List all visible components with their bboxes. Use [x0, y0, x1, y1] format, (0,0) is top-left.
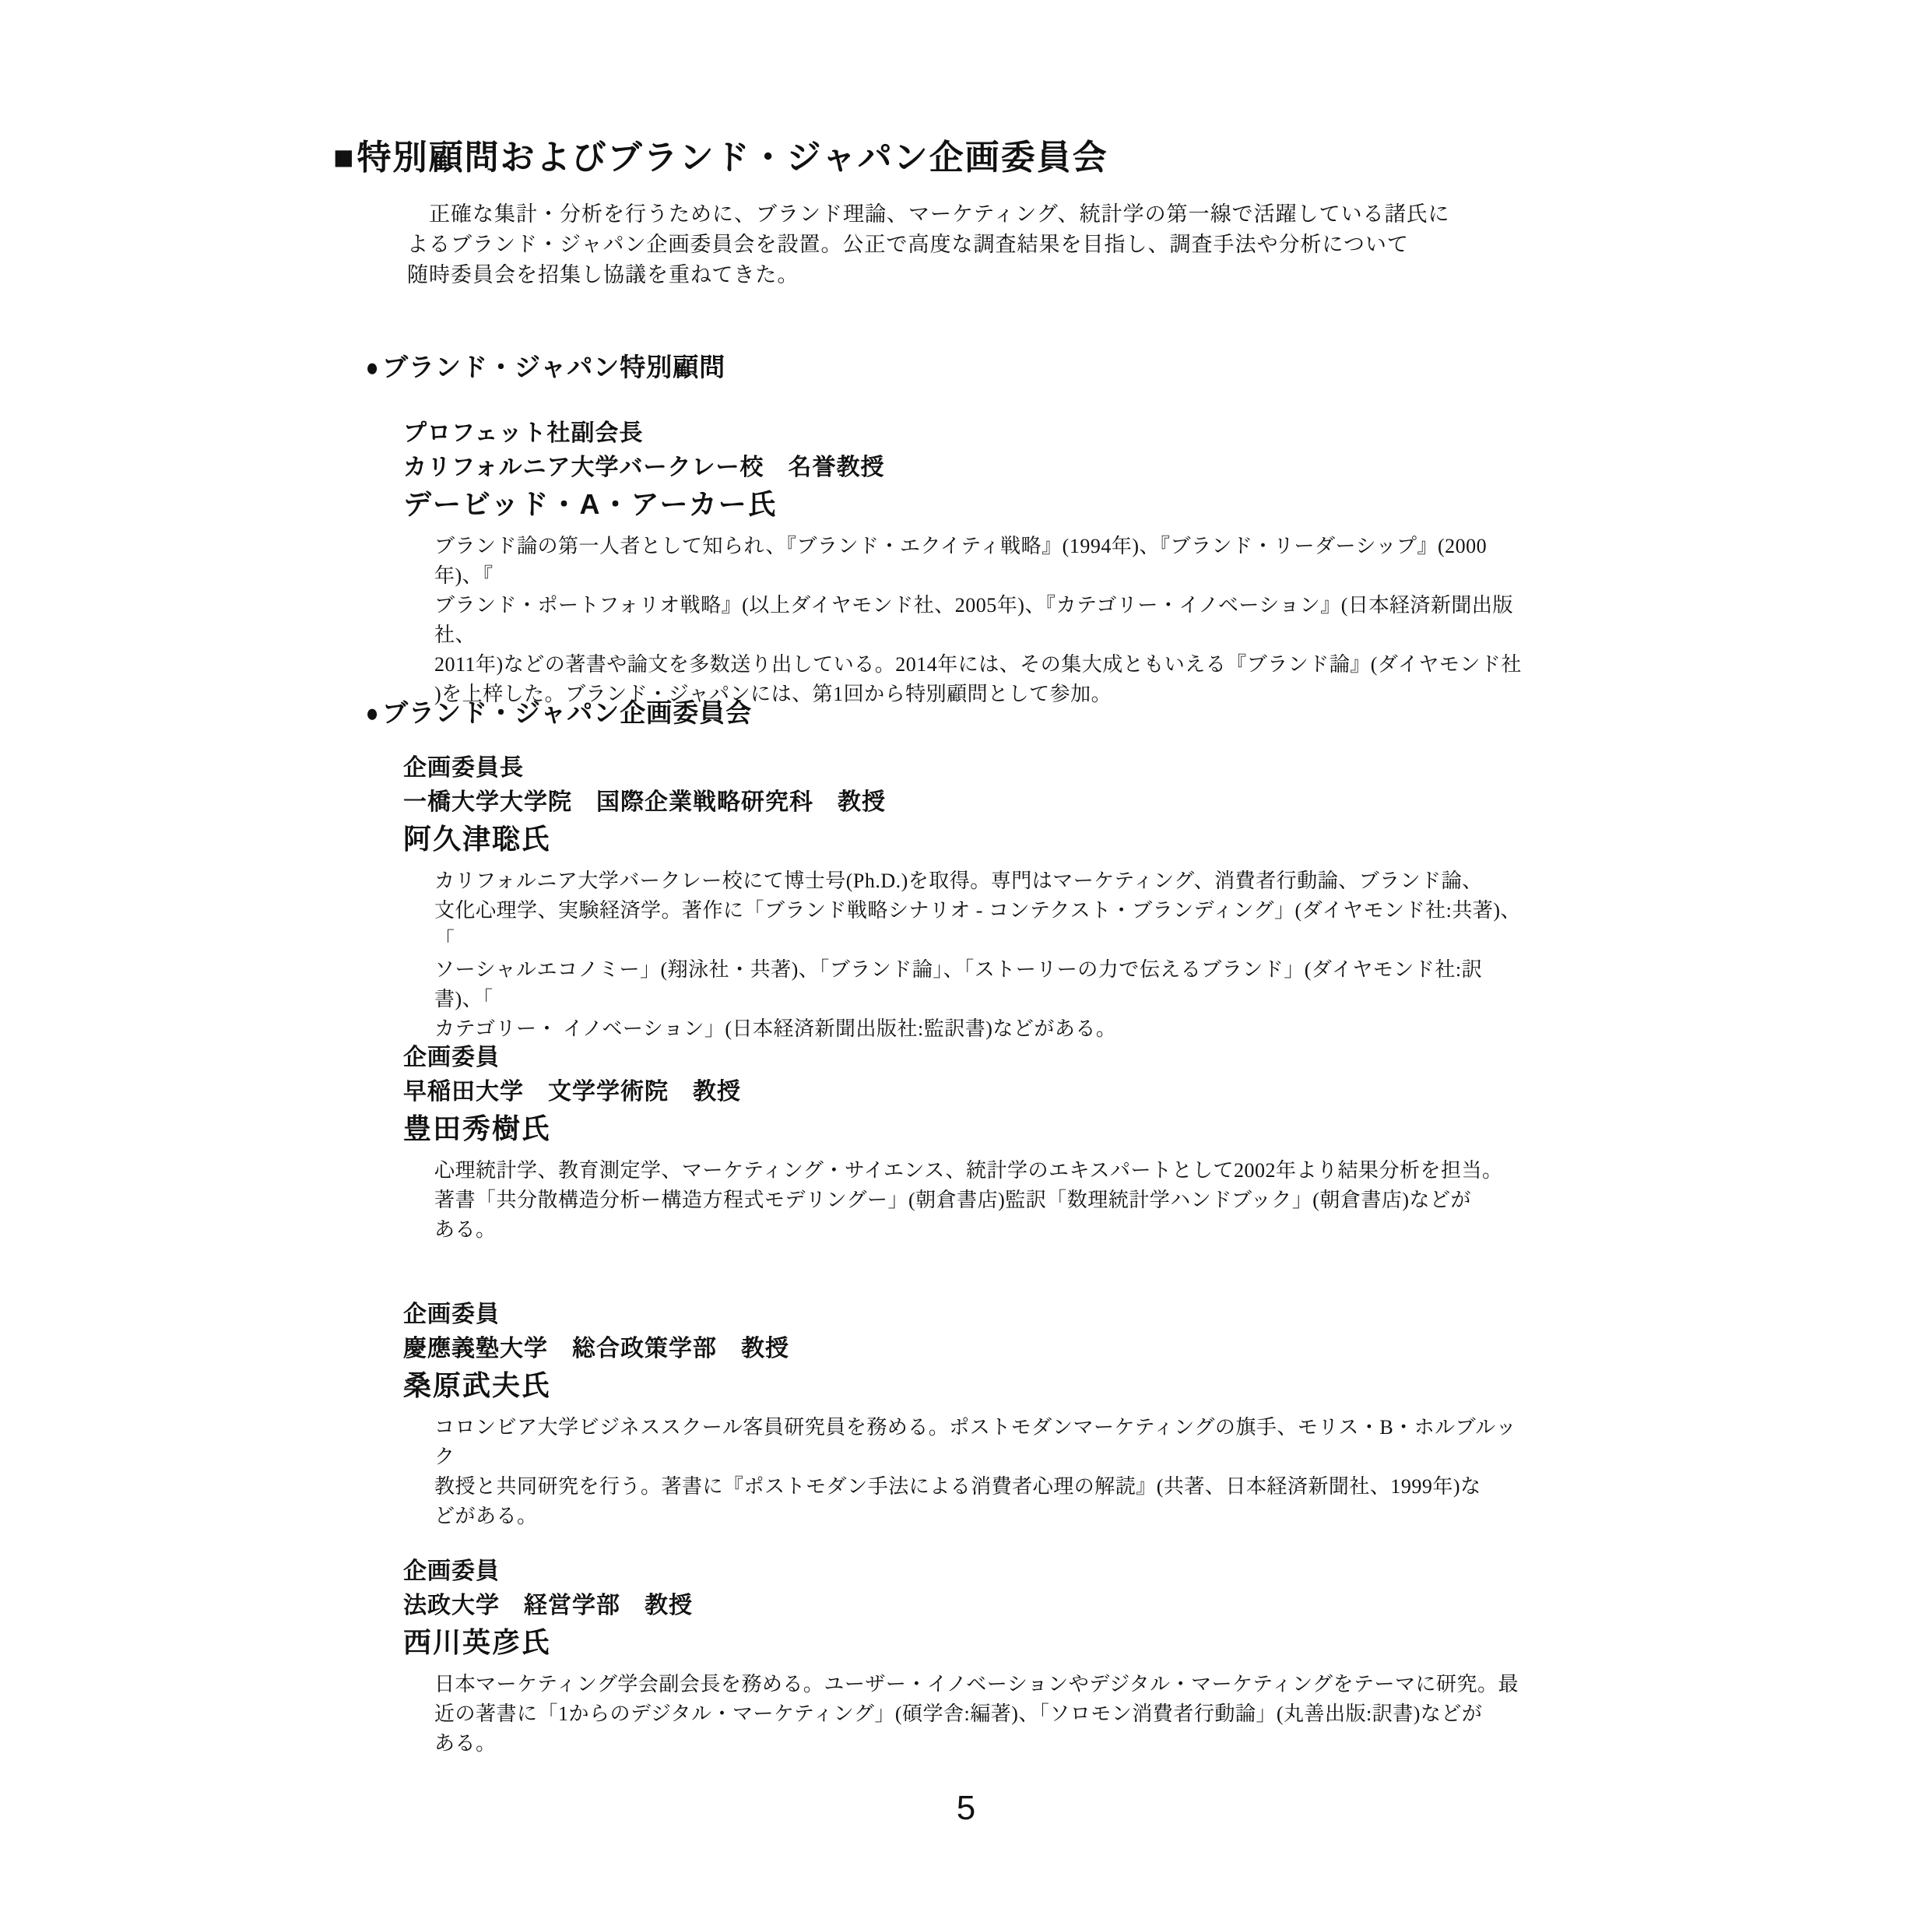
member-name: 桑原武夫氏 — [403, 1368, 1524, 1404]
member-name: デービッド・A・アーカー氏 — [403, 487, 1524, 522]
section-heading-special-advisor: ●ブランド・ジャパン特別顧問 — [364, 352, 725, 383]
member-roles: 企画委員 慶應義塾大学 総合政策学部 教授 — [403, 1298, 1524, 1366]
member-block-toyoda: 企画委員 早稲田大学 文学学術院 教授 豊田秀樹氏 心理統計学、教育測定学、マー… — [403, 1041, 1524, 1245]
circle-bullet-icon: ● — [366, 352, 380, 383]
circle-bullet-icon: ● — [366, 697, 380, 729]
member-roles: プロフェット社副会長 カリフォルニア大学バークレー校 名誉教授 — [403, 416, 1524, 485]
member-name: 豊田秀樹氏 — [403, 1111, 1524, 1147]
page-title: ■特別顧問およびブランド・ジャパン企画委員会 — [333, 139, 1108, 177]
section-heading-planning-committee: ●ブランド・ジャパン企画委員会 — [364, 697, 752, 729]
member-block-nishikawa: 企画委員 法政大学 経営学部 教授 西川英彦氏 日本マーケティング学会副会長を務… — [403, 1555, 1524, 1759]
member-block-aaker: プロフェット社副会長 カリフォルニア大学バークレー校 名誉教授 デービッド・A・… — [403, 416, 1524, 709]
page-number: 5 — [0, 1789, 1932, 1828]
member-bio: 心理統計学、教育測定学、マーケティング・サイエンス、統計学のエキスパートとして2… — [434, 1156, 1524, 1245]
member-bio: ブランド論の第一人者として知られ、『ブランド・エクイティ戦略』(1994年)、『… — [434, 532, 1524, 709]
member-roles: 企画委員 早稲田大学 文学学術院 教授 — [403, 1041, 1524, 1109]
intro-paragraph: 正確な集計・分析を行うために、ブランド理論、マーケティング、統計学の第一線で活躍… — [407, 199, 1512, 290]
document-page: ■特別顧問およびブランド・ジャパン企画委員会 正確な集計・分析を行うために、ブラ… — [0, 0, 1932, 1929]
member-bio: 日本マーケティング学会副会長を務める。ユーザー・イノベーションやデジタル・マーケ… — [434, 1670, 1524, 1759]
section-heading-text: ブランド・ジャパン特別顧問 — [382, 353, 725, 381]
member-name: 阿久津聡氏 — [403, 821, 1524, 857]
member-bio: コロンビア大学ビジネススクール客員研究員を務める。ポストモダンマーケティングの旗… — [434, 1413, 1524, 1531]
page-title-text: 特別顧問およびブランド・ジャパン企画委員会 — [357, 139, 1108, 177]
member-block-akutsu: 企画委員長 一橋大学大学院 国際企業戦略研究科 教授 阿久津聡氏 カリフォルニア… — [403, 751, 1524, 1044]
member-bio: カリフォルニア大学バークレー校にて博士号(Ph.D.)を取得。専門はマーケティン… — [434, 866, 1524, 1044]
member-roles: 企画委員 法政大学 経営学部 教授 — [403, 1555, 1524, 1623]
square-bullet-icon: ■ — [333, 139, 356, 177]
member-roles: 企画委員長 一橋大学大学院 国際企業戦略研究科 教授 — [403, 751, 1524, 820]
section-heading-text: ブランド・ジャパン企画委員会 — [382, 698, 752, 727]
member-block-kuwabara: 企画委員 慶應義塾大学 総合政策学部 教授 桑原武夫氏 コロンビア大学ビジネスス… — [403, 1298, 1524, 1531]
member-name: 西川英彦氏 — [403, 1625, 1524, 1660]
